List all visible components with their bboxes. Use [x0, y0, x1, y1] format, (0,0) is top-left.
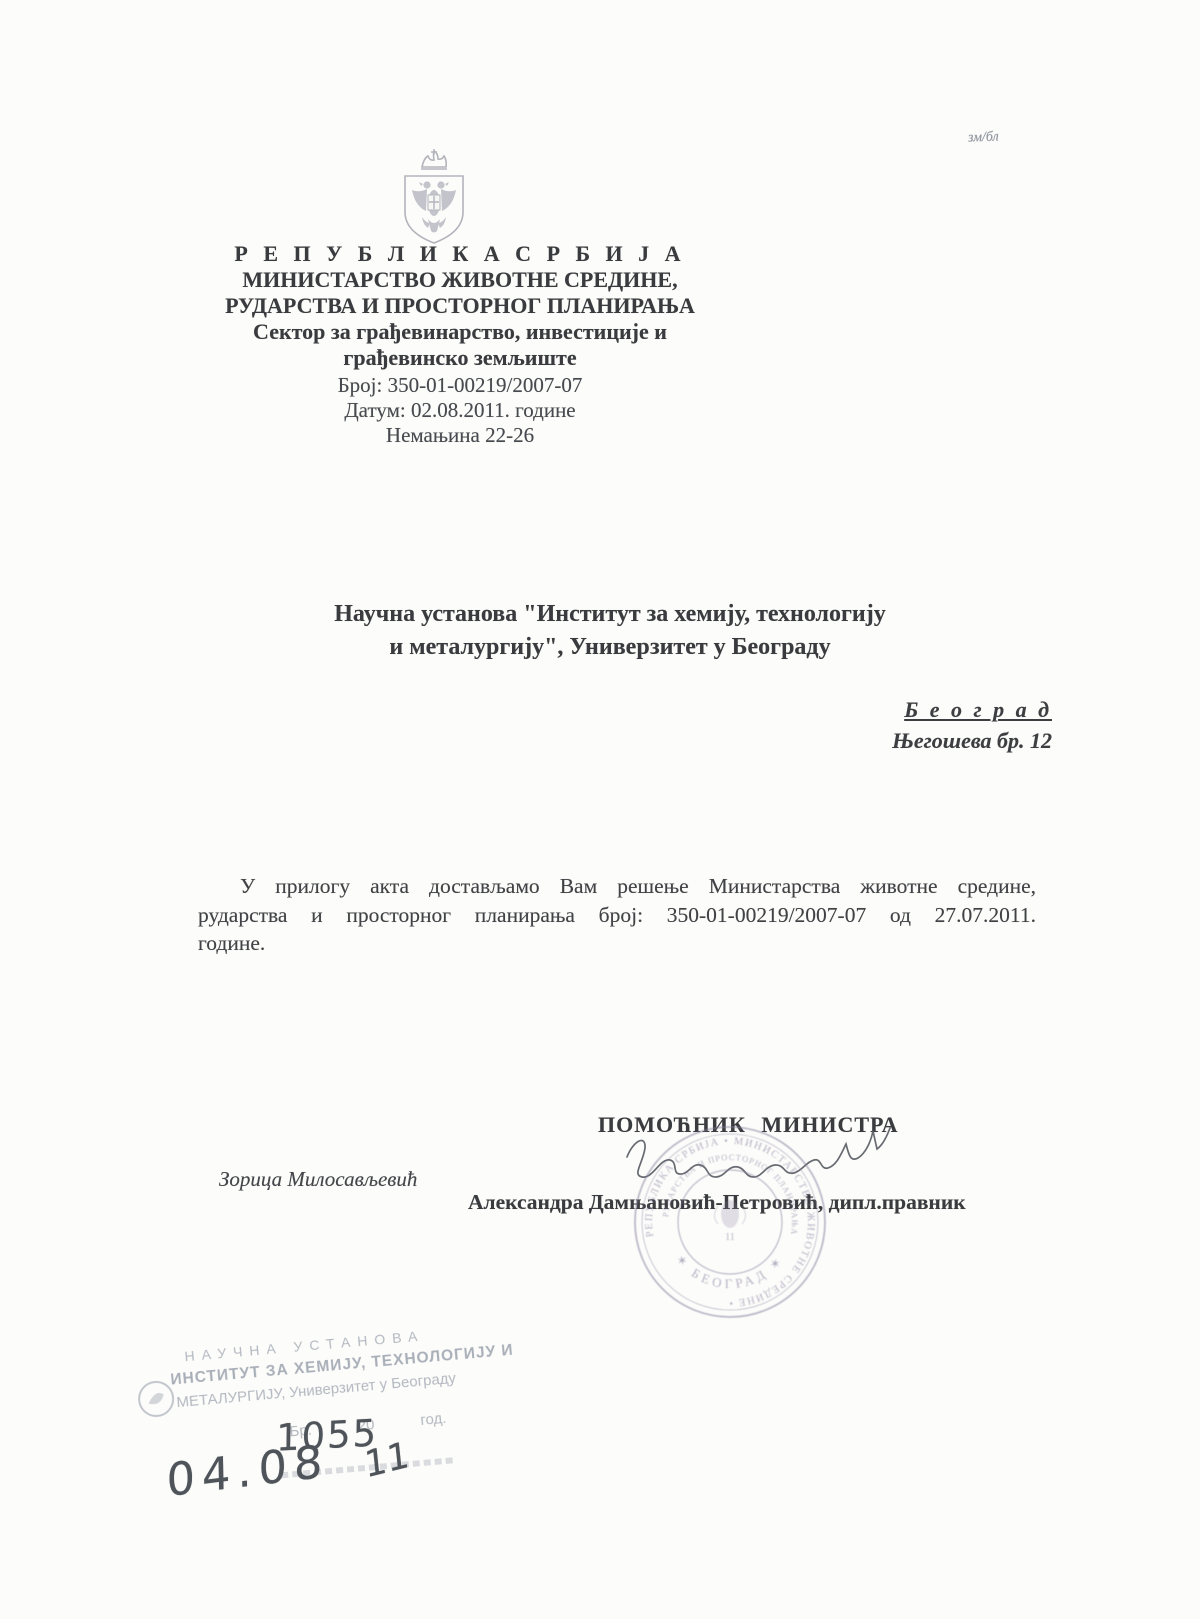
receipt-stamp-emblem-icon — [132, 1375, 180, 1423]
letterhead-date: Датум: 02.08.2011. године — [120, 398, 800, 423]
recipient-address-block: Б е о г р а д Његошева бр. 12 — [740, 694, 1052, 756]
letterhead-ministry-line2: РУДАРСТВА И ПРОСТОРНОГ ПЛАНИРАЊА — [120, 293, 800, 319]
recipient-line1: Научна установа "Институт за хемију, тех… — [245, 598, 975, 631]
svg-text:✶ БЕОГРАД ✶: ✶ БЕОГРАД ✶ — [673, 1251, 787, 1291]
letterhead-sector-line2: грађевинско земљиште — [120, 345, 800, 371]
body-paragraph: У прилогу акта достављамо Вам решење Мин… — [198, 872, 1036, 958]
receipt-stamp-year-suffix: год. — [420, 1410, 447, 1429]
recipient-line2: и металургију", Универзитет у Београду — [245, 631, 975, 664]
scanned-letter-page: зм/бл Р Е П У Б Л — [0, 0, 1200, 1619]
stamp-bottom-arc-text: ✶ БЕОГРАД ✶ — [673, 1251, 787, 1291]
body-line-2: рударства и просторног планирања број: 3… — [198, 901, 1036, 930]
recipient-city: Б е о г р а д — [740, 694, 1052, 725]
signatory-name-left: Зорица Милосављевић — [219, 1167, 417, 1192]
letterhead-case-number: Број: 350-01-00219/2007-07 — [120, 373, 800, 398]
letterhead: Р Е П У Б Л И К А С Р Б И Ј А МИНИСТАРСТ… — [120, 241, 800, 448]
official-round-stamp: РЕПУБЛИКА СРБИЈА • МИНИСТАРСТВО ЖИВОТНЕ … — [630, 1122, 830, 1322]
body-line-1: У прилогу акта достављамо Вам решење Мин… — [198, 872, 1036, 901]
recipient-block: Научна установа "Институт за хемију, тех… — [245, 598, 975, 664]
letterhead-republic: Р Е П У Б Л И К А С Р Б И Ј А — [120, 241, 800, 267]
stamp-center-number: 11 — [725, 1232, 735, 1243]
letterhead-sector-line1: Сектор за грађевинарство, инвестиције и — [120, 319, 800, 345]
recipient-street: Његошева бр. 12 — [740, 725, 1052, 756]
serbia-coat-of-arms-icon — [392, 145, 476, 247]
body-line-3: године. — [198, 929, 1036, 958]
letterhead-ministry-line1: МИНИСТАРСТВО ЖИВОТНЕ СРЕДИНЕ, — [120, 267, 800, 293]
letterhead-street-address: Немањина 22-26 — [120, 423, 800, 448]
corner-handwritten-note: зм/бл — [968, 129, 999, 146]
